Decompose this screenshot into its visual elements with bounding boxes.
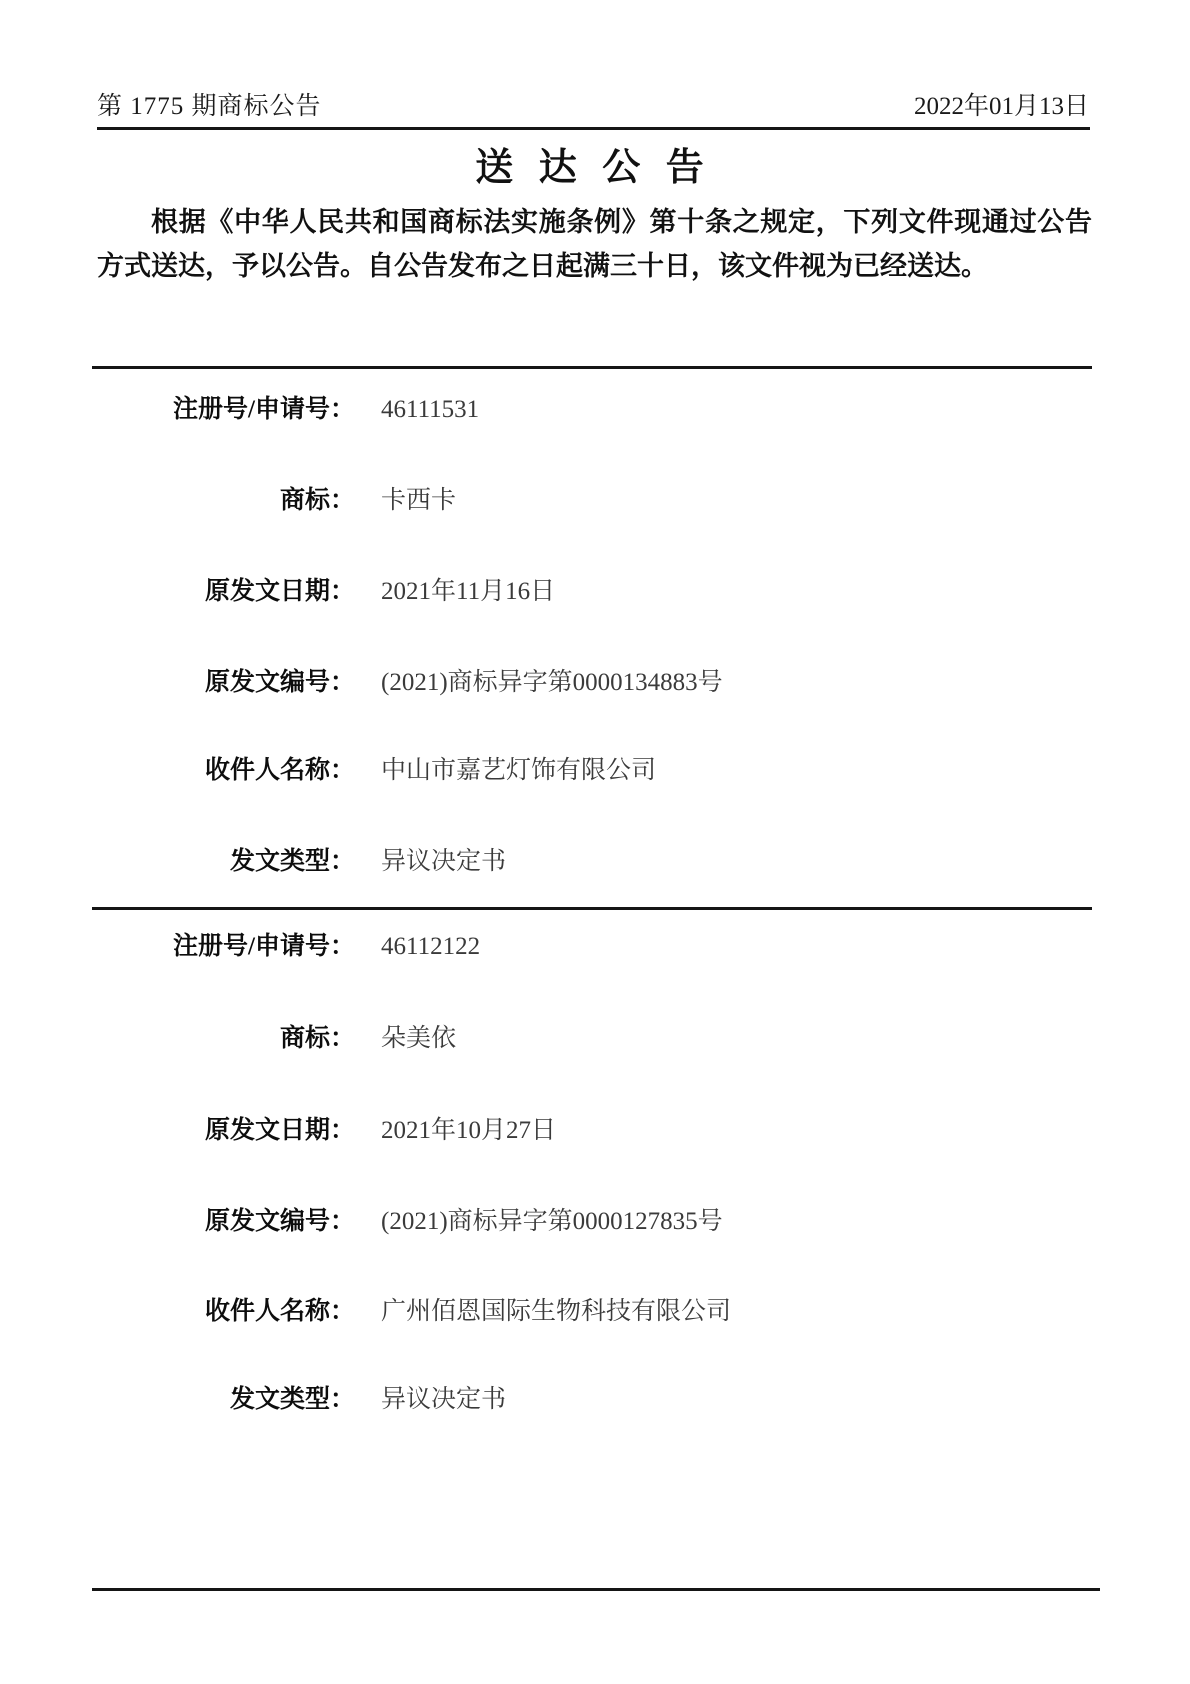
field-label-original-document-number: 原发文编号： <box>97 662 355 698</box>
field-label-trademark: 商标： <box>97 480 355 516</box>
gazette-date: 2022年01月13日 <box>914 86 1089 122</box>
record-separator-3 <box>92 1588 1100 1591</box>
field-label-document-type: 发文类型： <box>97 841 355 877</box>
field-value-trademark: 卡西卡 <box>355 480 456 516</box>
field-value-document-type: 异议决定书 <box>355 841 506 877</box>
field-label-recipient-name: 收件人名称： <box>97 750 355 786</box>
field-label-original-issue-date: 原发文日期： <box>97 571 355 607</box>
field-label-document-type: 发文类型： <box>97 1379 355 1415</box>
field-label-registration-number: 注册号/申请号： <box>97 389 355 425</box>
table-row: 发文类型： 异议决定书 <box>97 841 1092 877</box>
field-value-original-issue-date: 2021年10月27日 <box>355 1110 556 1146</box>
field-label-recipient-name: 收件人名称： <box>97 1291 355 1327</box>
field-value-registration-number: 46112122 <box>355 933 480 961</box>
field-value-original-document-number: (2021)商标异字第0000134883号 <box>355 662 723 698</box>
field-value-original-issue-date: 2021年11月16日 <box>355 571 555 607</box>
table-row: 原发文编号： (2021)商标异字第0000127835号 <box>97 1201 1092 1237</box>
field-label-original-document-number: 原发文编号： <box>97 1201 355 1237</box>
field-value-document-type: 异议决定书 <box>355 1379 506 1415</box>
table-row: 原发文日期： 2021年10月27日 <box>97 1110 1092 1146</box>
record-separator-2 <box>92 907 1092 910</box>
table-row: 商标： 卡西卡 <box>97 480 1092 516</box>
field-label-registration-number: 注册号/申请号： <box>97 926 355 962</box>
table-row: 原发文日期： 2021年11月16日 <box>97 571 1092 607</box>
field-value-trademark: 朵美依 <box>355 1018 456 1054</box>
table-row: 注册号/申请号： 46112122 <box>97 926 1092 962</box>
field-value-original-document-number: (2021)商标异字第0000127835号 <box>355 1201 723 1237</box>
field-label-original-issue-date: 原发文日期： <box>97 1110 355 1146</box>
table-row: 收件人名称： 广州佰恩国际生物科技有限公司 <box>97 1291 1092 1327</box>
field-value-recipient-name: 中山市嘉艺灯饰有限公司 <box>355 750 656 786</box>
field-value-recipient-name: 广州佰恩国际生物科技有限公司 <box>355 1291 731 1327</box>
gazette-issue-number: 第 1775 期商标公告 <box>97 86 322 122</box>
header-rule <box>97 127 1090 130</box>
table-row: 发文类型： 异议决定书 <box>97 1379 1092 1415</box>
table-row: 收件人名称： 中山市嘉艺灯饰有限公司 <box>97 750 1092 786</box>
field-value-registration-number: 46111531 <box>355 396 479 424</box>
table-row: 原发文编号： (2021)商标异字第0000134883号 <box>97 662 1092 698</box>
field-label-trademark: 商标： <box>97 1018 355 1054</box>
record-separator-1 <box>92 366 1092 369</box>
gazette-page: 第 1775 期商标公告 2022年01月13日 送 达 公 告 根据《中华人民… <box>0 0 1190 1684</box>
page-title: 送 达 公 告 <box>97 136 1090 191</box>
intro-paragraph: 根据《中华人民共和国商标法实施条例》第十条之规定，下列文件现通过公告方式送达，予… <box>97 200 1092 288</box>
table-row: 商标： 朵美依 <box>97 1018 1092 1054</box>
table-row: 注册号/申请号： 46111531 <box>97 389 1092 425</box>
